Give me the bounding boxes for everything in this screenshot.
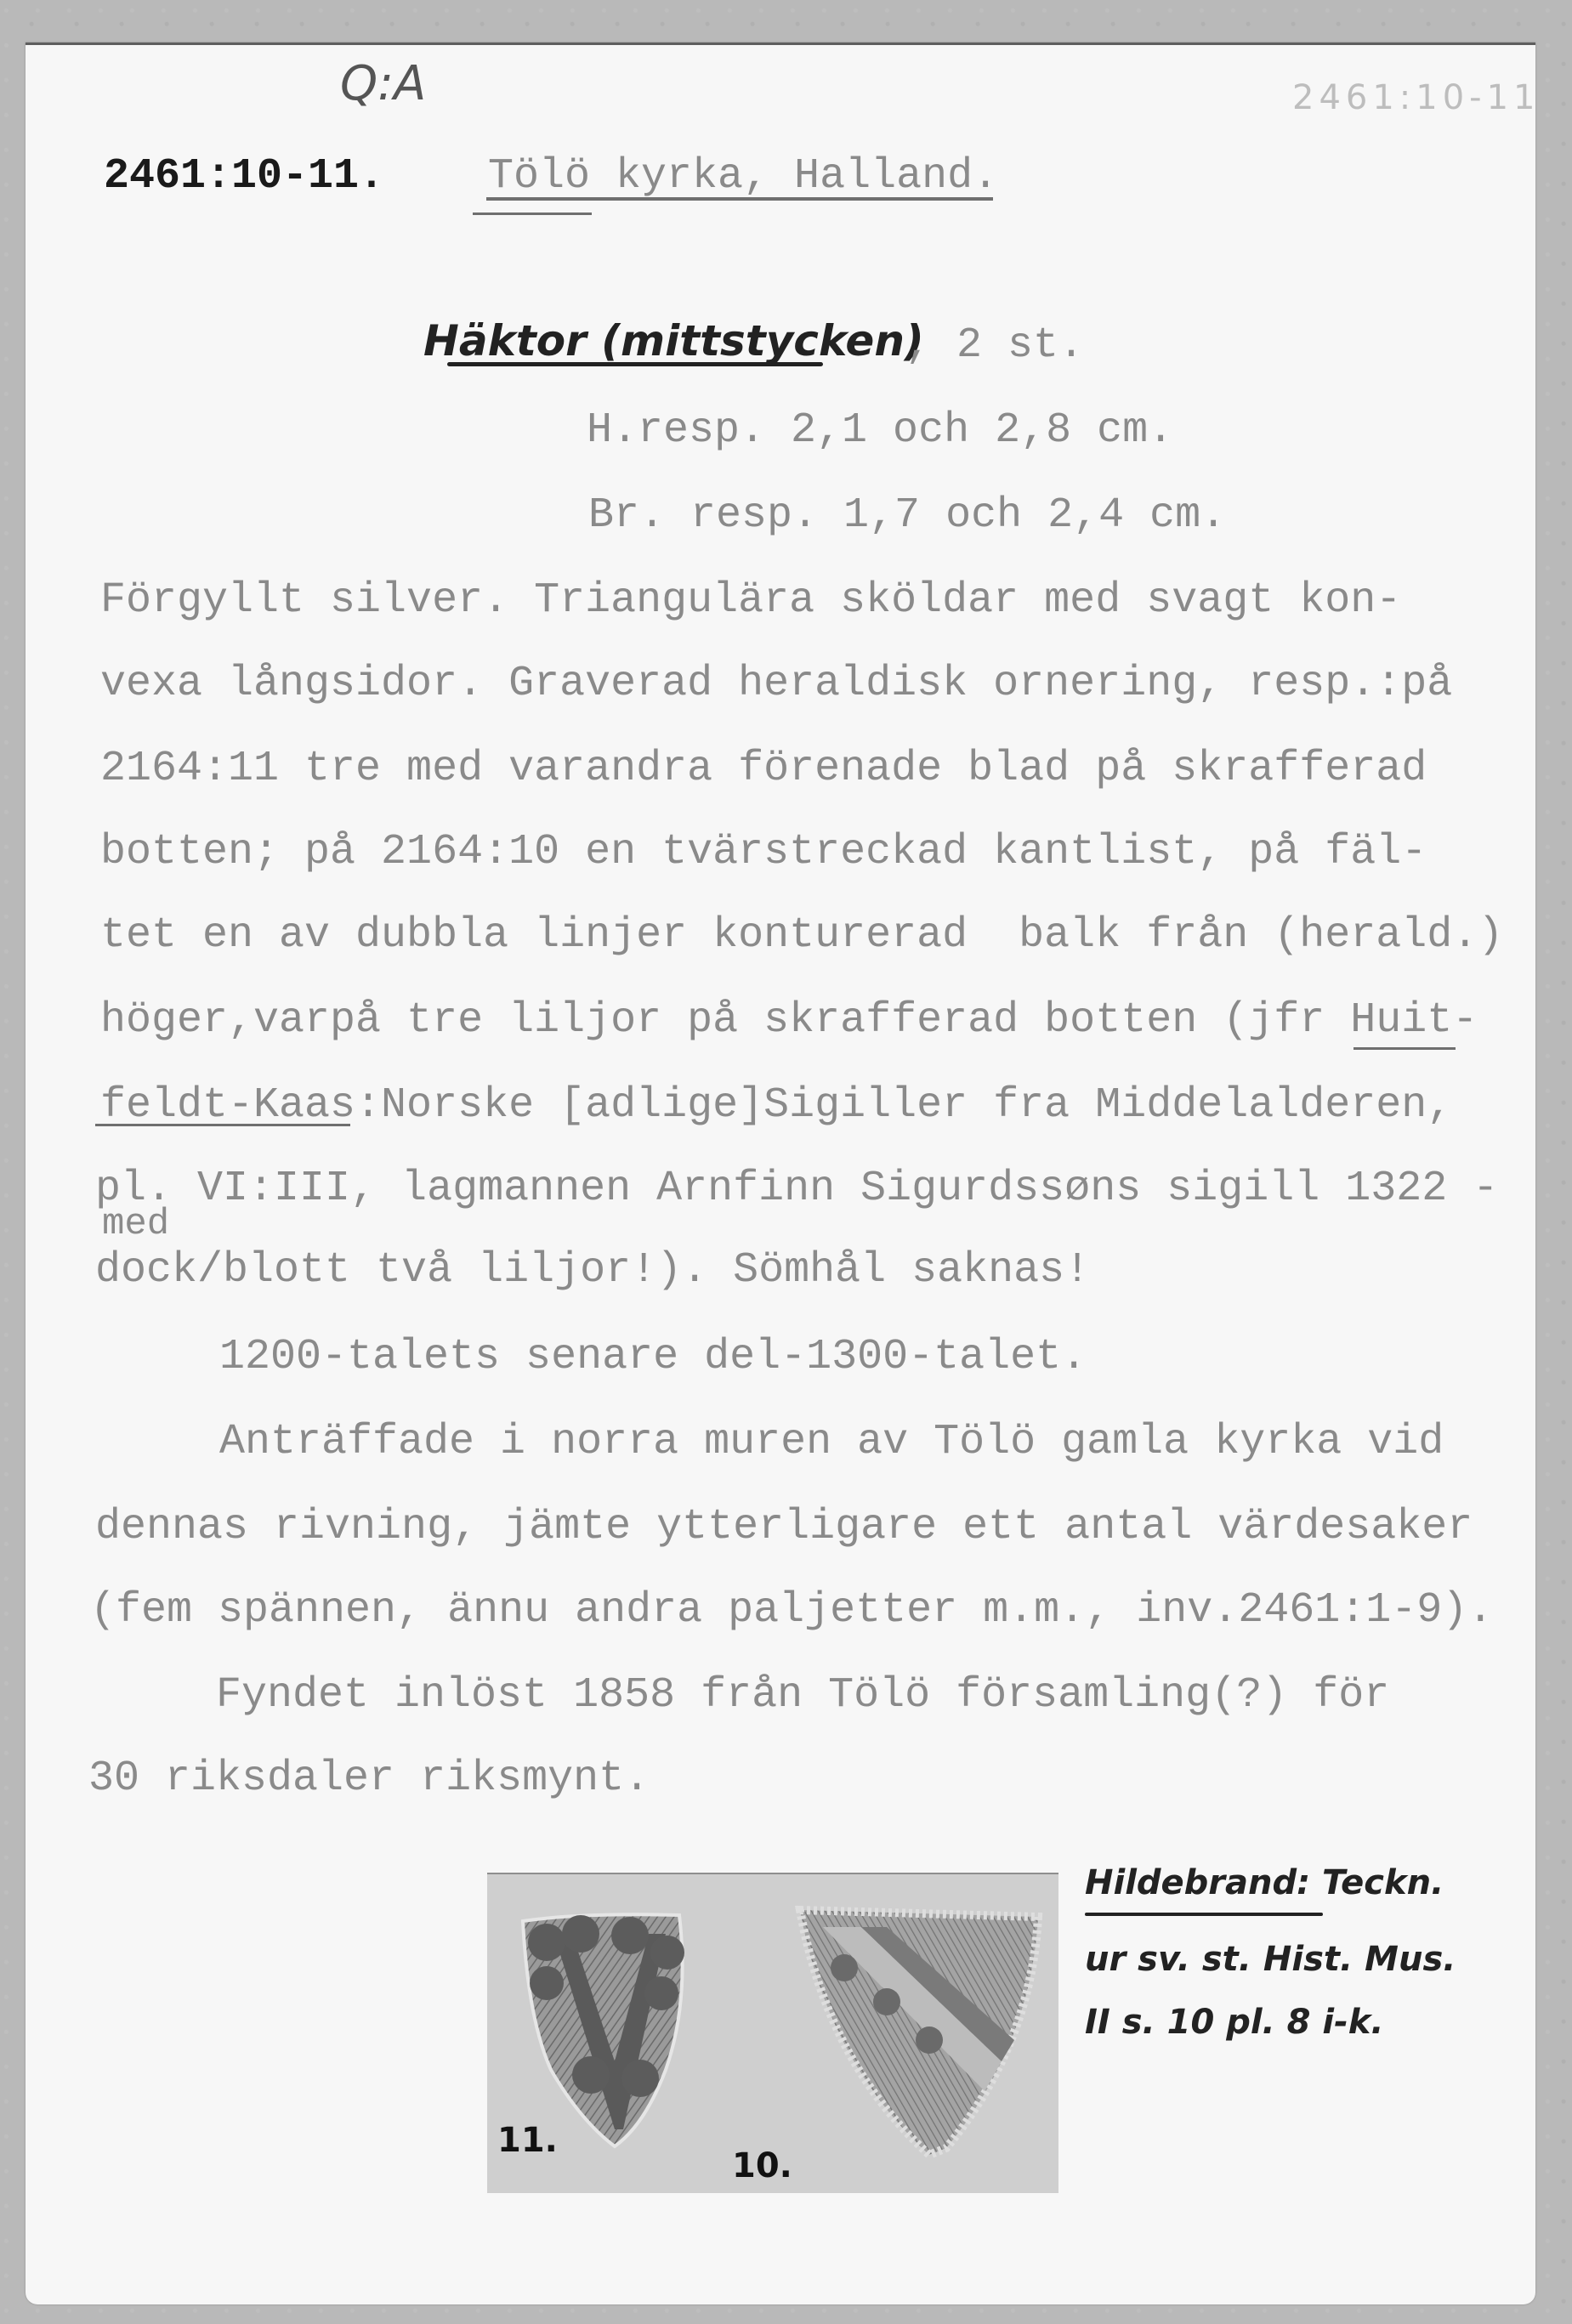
description-line: pl. VI:III, lagmannen Arnfinn Sigurdssøn… <box>95 1168 1498 1210</box>
find-line: Anträffade i norra muren av Tölö gamla k… <box>219 1421 1444 1464</box>
description-line: 2164:11 tre med varandra förenade blad p… <box>100 748 1427 791</box>
description-line: feldt-Kaas:Norske [adlige]Sigiller fra M… <box>100 1085 1452 1127</box>
description-line: höger,varpå tre liljor på skrafferad bot… <box>100 1000 1478 1042</box>
object-title-handwritten: Häktor (mittstycken) <box>423 316 924 366</box>
location-underline <box>486 197 993 201</box>
inventory-number-text: 2461:10-11. <box>104 152 384 201</box>
handwritten-code: Q:A <box>340 56 426 111</box>
find-line: (fem spännen, ännu andra paljetter m.m.,… <box>90 1590 1493 1632</box>
description-line: botten; på 2164:10 en tvärstreckad kantl… <box>100 831 1427 874</box>
location-title: Tölö kyrka, Halland. <box>488 156 998 198</box>
description-line: tet en av dubbla linjer konturerad balk … <box>100 915 1503 957</box>
acquisition-line: 30 riksdaler riksmynt. <box>88 1758 650 1800</box>
find-line: dennas rivning, jämte ytterligare ett an… <box>95 1506 1473 1549</box>
acquisition-line: Fyndet inlöst 1858 från Tölö församling(… <box>216 1675 1389 1717</box>
description-line: vexa långsidor. Graverad heraldisk orner… <box>100 663 1452 706</box>
artifact-photograph: 11. 10. <box>487 1873 1058 2193</box>
pencil-corner-note: 2461:10-11 <box>1292 78 1541 117</box>
insertion-above-line: med <box>102 1205 169 1243</box>
description-line: Förgyllt silver. Triangulära sköldar med… <box>100 580 1401 622</box>
photo-label-10: 10. <box>732 2146 792 2185</box>
shield-10-icon <box>800 1910 1038 2155</box>
dimension-width: Br. resp. 1,7 och 2,4 cm. <box>588 495 1226 537</box>
reference-underline-feldt-kaas <box>95 1124 350 1126</box>
reference-underline <box>1085 1913 1323 1916</box>
dimension-height: H.resp. 2,1 och 2,8 cm. <box>587 410 1173 452</box>
photo-label-11: 11. <box>497 2121 558 2160</box>
shield-11-icon <box>523 1914 684 2146</box>
reference-underline-huit <box>1354 1047 1456 1050</box>
shield-mounts-image <box>487 1874 1058 2193</box>
reference-line-3: II s. 10 pl. 8 i-k. <box>1085 2003 1384 2042</box>
object-title-underline <box>447 362 823 366</box>
reference-line-2: ur sv. st. Hist. Mus. <box>1085 1940 1456 1979</box>
description-line: dock/blott två liljor!). Sömhål saknas! <box>95 1250 1090 1292</box>
location-underline-short <box>473 213 592 215</box>
object-count: , 2 st. <box>905 325 1084 367</box>
dating: 1200-talets senare del-1300-talet. <box>219 1336 1087 1379</box>
inventory-number: 2461:10-11. <box>104 156 384 198</box>
reference-line-1: Hildebrand: Teckn. <box>1085 1863 1444 1902</box>
